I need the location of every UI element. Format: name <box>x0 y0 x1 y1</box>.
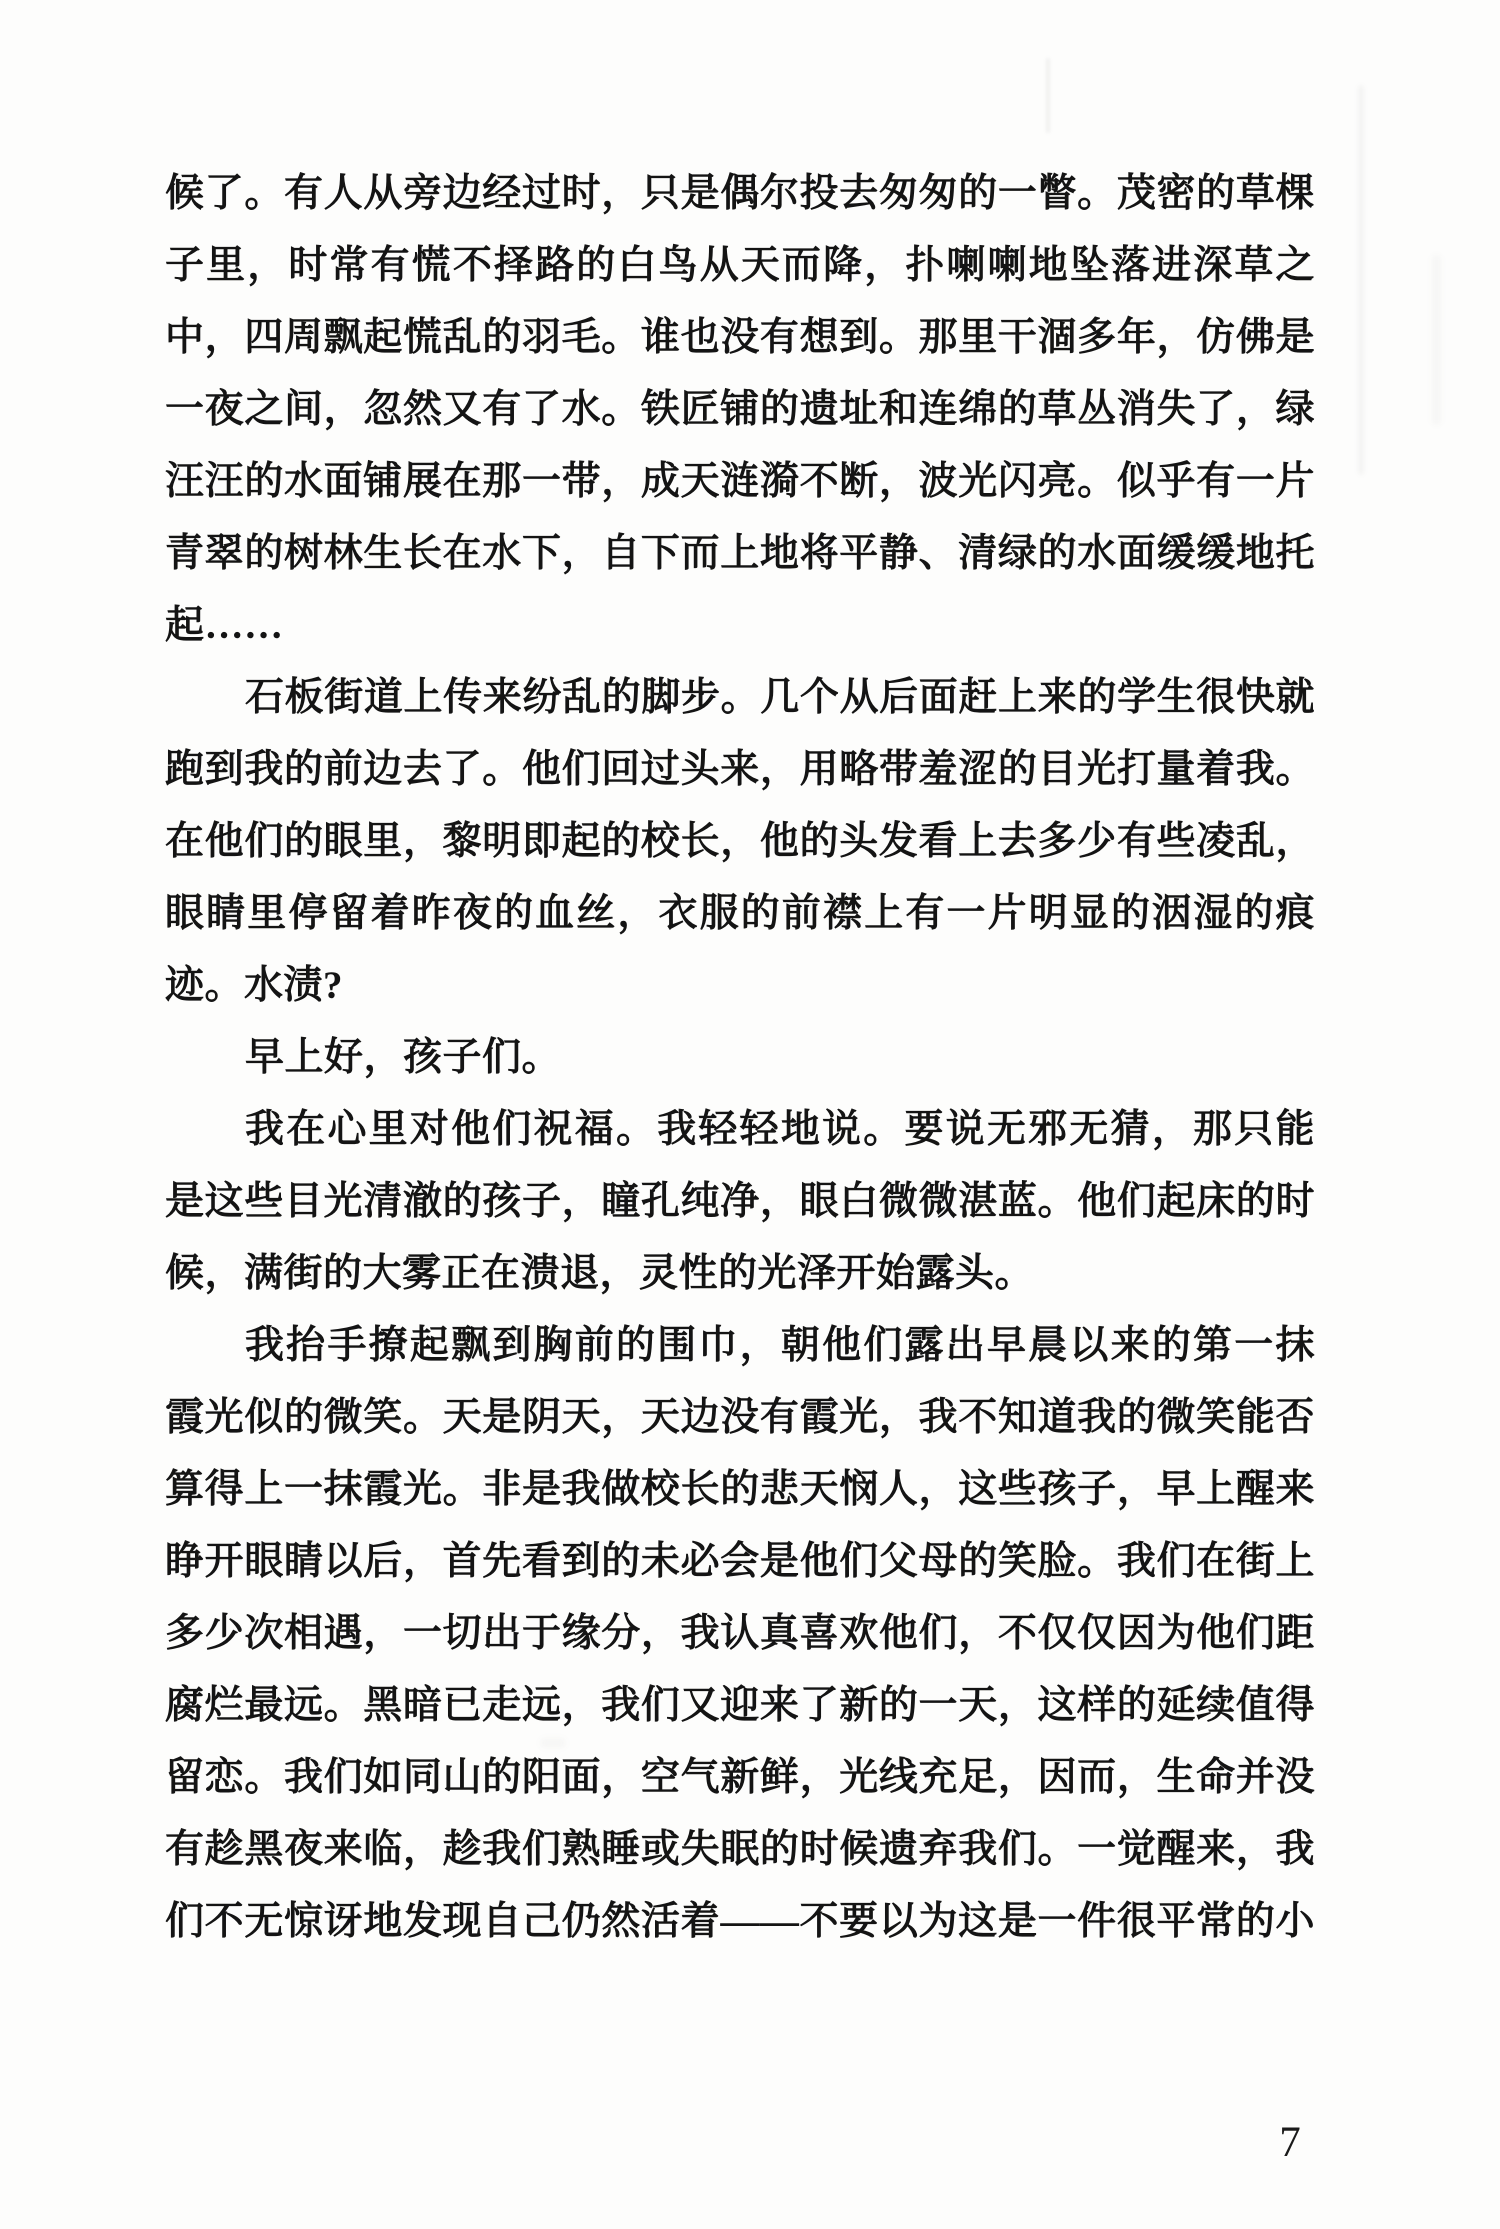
text-line: 跑到我的前边去了。他们回过头来，用略带羞涩的目光打量着我。 <box>165 734 1315 806</box>
text-line: 汪汪的水面铺展在那一带，成天涟漪不断，波光闪亮。似乎有一片 <box>165 446 1315 518</box>
scan-artifact <box>1358 85 1364 475</box>
text-line: 是这些目光清澈的孩子，瞳孔纯净，眼白微微湛蓝。他们起床的时 <box>165 1166 1315 1238</box>
text-line: 算得上一抹霞光。非是我做校长的悲天悯人，这些孩子，早上醒来 <box>165 1454 1315 1526</box>
text-line: 迹。水渍? <box>165 950 1315 1022</box>
text-line: 多少次相遇，一切出于缘分，我认真喜欢他们，不仅仅因为他们距 <box>165 1598 1315 1670</box>
text-line: 霞光似的微笑。天是阴天，天边没有霞光，我不知道我的微笑能否 <box>165 1382 1315 1454</box>
text-line: 早上好，孩子们。 <box>165 1022 1315 1094</box>
text-line: 起…… <box>165 590 1315 662</box>
text-line: 留恋。我们如同山的阳面，空气新鲜，光线充足，因而，生命并没 <box>165 1742 1315 1814</box>
text-line: 中，四周飘起慌乱的羽毛。谁也没有想到。那里干涸多年，仿佛是 <box>165 302 1315 374</box>
text-line: 眼睛里停留着昨夜的血丝，衣服的前襟上有一片明显的洇湿的痕 <box>165 878 1315 950</box>
scan-artifact <box>1046 58 1050 133</box>
text-line: 一夜之间，忽然又有了水。铁匠铺的遗址和连绵的草丛消失了，绿 <box>165 374 1315 446</box>
text-line: 们不无惊讶地发现自己仍然活着——不要以为这是一件很平常的小 <box>165 1886 1315 1958</box>
body-text: 候了。有人从旁边经过时，只是偶尔投去匆匆的一瞥。茂密的草棵子里，时常有慌不择路的… <box>165 158 1315 1958</box>
text-line: 候，满街的大雾正在溃退，灵性的光泽开始露头。 <box>165 1238 1315 1310</box>
text-line: 在他们的眼里，黎明即起的校长，他的头发看上去多少有些凌乱， <box>165 806 1315 878</box>
text-line: 腐烂最远。黑暗已走远，我们又迎来了新的一天，这样的延续值得 <box>165 1670 1315 1742</box>
text-line: 有趁黑夜来临，趁我们熟睡或失眠的时候遗弃我们。一觉醒来，我 <box>165 1814 1315 1886</box>
text-line: 石板街道上传来纷乱的脚步。几个从后面赶上来的学生很快就 <box>165 662 1315 734</box>
text-line: 我在心里对他们祝福。我轻轻地说。要说无邪无猜，那只能 <box>165 1094 1315 1166</box>
text-line: 候了。有人从旁边经过时，只是偶尔投去匆匆的一瞥。茂密的草棵 <box>165 158 1315 230</box>
text-line: 青翠的树林生长在水下，自下而上地将平静、清绿的水面缓缓地托 <box>165 518 1315 590</box>
book-page: 候了。有人从旁边经过时，只是偶尔投去匆匆的一瞥。茂密的草棵子里，时常有慌不择路的… <box>0 0 1500 2229</box>
page-number: 7 <box>1260 2118 1320 2167</box>
text-line: 睁开眼睛以后，首先看到的未必会是他们父母的笑脸。我们在街上 <box>165 1526 1315 1598</box>
text-line: 我抬手撩起飘到胸前的围巾，朝他们露出早晨以来的第一抹 <box>165 1310 1315 1382</box>
scan-artifact <box>1432 255 1441 425</box>
text-line: 子里，时常有慌不择路的白鸟从天而降，扑喇喇地坠落进深草之 <box>165 230 1315 302</box>
